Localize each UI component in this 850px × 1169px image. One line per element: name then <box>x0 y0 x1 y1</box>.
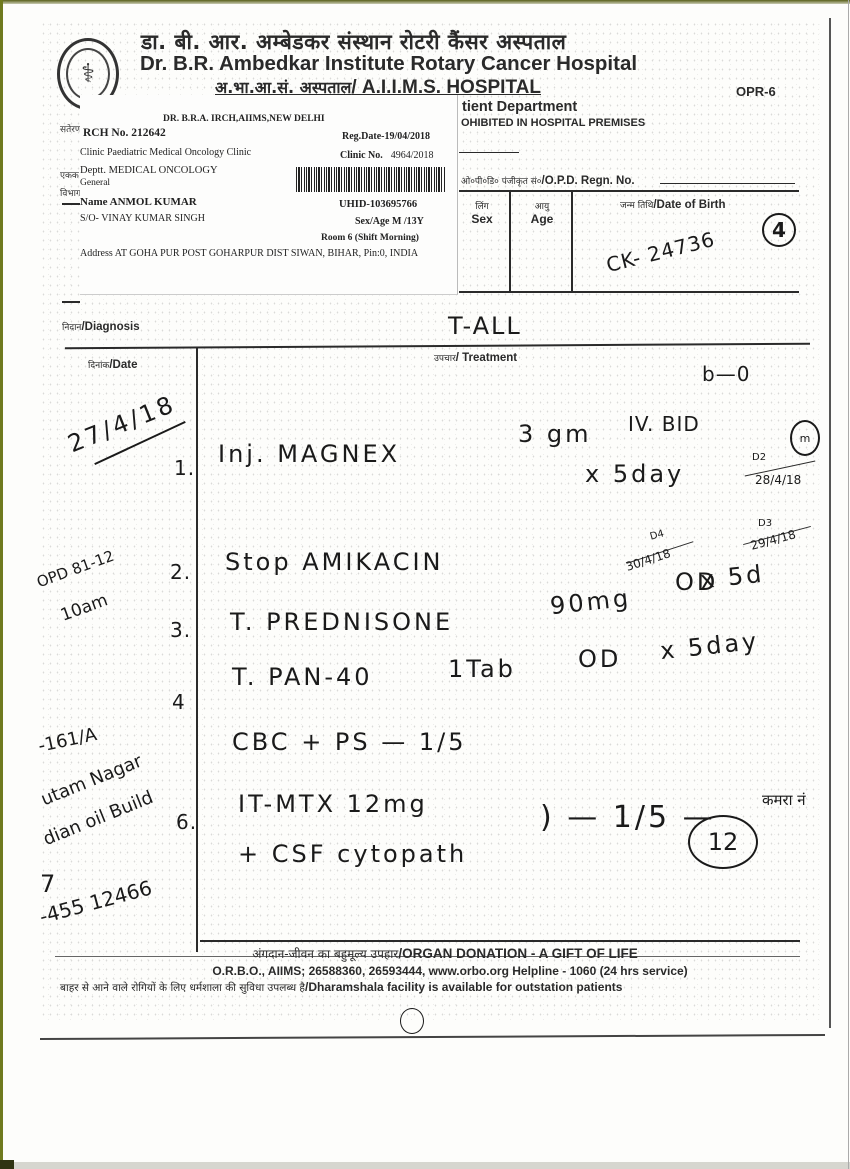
day-mark-d4-label: D4 <box>649 528 665 542</box>
handwritten-address-5: 7 <box>40 870 55 898</box>
scan-edge-corner <box>0 1160 14 1169</box>
treatment-1-duration: x 5day <box>585 460 684 488</box>
rch-number: RCH No. 212642 <box>83 127 166 139</box>
col-divider <box>509 192 511 292</box>
date-english: /Date <box>109 359 137 371</box>
diagnosis-label: निदान/Diagnosis <box>62 320 140 333</box>
footer-stamp-mark <box>400 1008 424 1034</box>
treatment-1-route: IV. BID <box>628 412 700 436</box>
dash-mark <box>62 301 80 303</box>
scan-edge-bottom <box>0 1162 850 1169</box>
handwritten-cr-number: CK- 24736 <box>604 227 718 277</box>
sex-column-label: लिंगSex <box>462 199 502 226</box>
room-shift: Room 6 (Shift Morning) <box>321 233 419 243</box>
day-mark-d3-date: 29/4/18 <box>749 527 797 552</box>
col-divider <box>571 192 573 292</box>
patient-name: Name ANMOL KUMAR <box>80 196 197 208</box>
treatment-3-dose: 90mg <box>549 584 633 620</box>
date-hindi: दिनांक <box>88 361 109 371</box>
top-right-note: b—0 <box>702 362 750 386</box>
treatment-5-test: CBC + PS — 1/5 <box>232 728 467 756</box>
diagnosis-english: /Diagnosis <box>81 321 139 333</box>
page-right-edge <box>848 0 849 1169</box>
footer-rule <box>40 1034 825 1040</box>
age-english: Age <box>531 212 554 226</box>
side-label-3: विभाग <box>60 186 81 199</box>
scan-edge-left <box>0 0 3 1169</box>
treatment-3-route: OD <box>675 568 718 596</box>
opd-regn-label: ओ०पी०डि० पंजीकृत सं०/O.P.D. Regn. No. <box>461 174 635 187</box>
patient-sticker: DR. B.R.A. IRCH,AIIMS,NEW DELHI RCH No. … <box>80 95 458 295</box>
circled-number-bottom: 12 <box>688 815 758 869</box>
hindi-room-note: कमरा नं <box>762 790 806 810</box>
day-mark-d3-label: D3 <box>758 518 772 529</box>
sex-age: Sex/Age M /13Y <box>355 216 424 227</box>
circled-initial: m <box>790 420 820 456</box>
sticker-title: DR. B.R.A. IRCH,AIIMS,NEW DELHI <box>163 114 325 124</box>
clinic-number: Clinic No.4964/2018 <box>340 150 434 161</box>
treatment-3-drug: T. PREDNISONE <box>230 608 453 636</box>
treatment-number-3: 3. <box>170 618 191 642</box>
treatment-4-duration: x 5day <box>659 627 761 665</box>
organ-donation-english: /ORGAN DONATION - A GIFT OF LIFE <box>398 946 637 961</box>
orbo-contact-line: O.R.B.O., AIIMS; 26588360, 26593444, www… <box>0 964 850 978</box>
prohibited-notice: OHIBITED IN HOSPITAL PREMISES <box>461 117 645 129</box>
day-mark-d2-label: D2 <box>752 452 766 463</box>
department: Deptt. MEDICAL ONCOLOGY <box>80 165 218 176</box>
bracket-note: ) — 1/5 — <box>540 800 716 835</box>
category: General <box>80 178 110 188</box>
handwritten-address-1: -161/A <box>36 724 98 757</box>
barcode <box>296 167 446 192</box>
opd-regn-english: /O.P.D. Regn. No. <box>542 175 635 187</box>
date-treatment-divider <box>196 347 198 952</box>
day-mark-d4-date: 30/4/18 <box>624 546 672 574</box>
treatment-column-label: उपचार/ Treatment <box>434 351 517 364</box>
registration-date: Reg.Date-19/04/2018 <box>342 131 430 142</box>
treatment-7-test: + CSF cytopath <box>238 840 467 868</box>
treatment-1-drug: Inj. MAGNEX <box>218 440 400 468</box>
diagnosis-rule <box>65 343 810 350</box>
circled-number-top: 4 <box>762 213 796 247</box>
clinic-number-label: Clinic No. <box>340 150 383 161</box>
clinic-name: Clinic Paediatric Medical Oncology Clini… <box>80 147 251 158</box>
patient-address: Address AT GOHA PUR POST GOHARPUR DIST S… <box>80 247 450 261</box>
handwritten-side-note-1: OPD 81-12 <box>34 547 116 592</box>
treatment-number-1: 1. <box>174 456 195 480</box>
treatment-2-drug: Stop AMIKACIN <box>225 548 444 576</box>
age-column-label: आयुAge <box>520 199 564 226</box>
treatment-4-route: OD <box>578 645 621 673</box>
treatment-english: / Treatment <box>456 352 517 364</box>
dharamshala-hindi: बाहर से आने वाले रोगियों के लिए धर्मशाला… <box>60 982 305 994</box>
treatment-number-2: 2. <box>170 560 191 584</box>
dob-english: /Date of Birth <box>653 199 725 211</box>
page-right-border <box>829 18 831 1028</box>
dharamshala-english: /Dharamshala facility is available for o… <box>305 980 622 994</box>
caduceus-icon: ⚕ <box>66 48 110 100</box>
handwritten-date: 27/4/18 <box>64 390 180 458</box>
scan-edge-top <box>0 0 850 4</box>
treatment-number-4: 4 <box>172 690 186 714</box>
date-column-label: दिनांक/Date <box>88 358 137 371</box>
diagnosis-hindi: निदान <box>62 323 81 333</box>
side-label-1: सतेरण <box>60 122 81 135</box>
sex-english: Sex <box>471 212 492 226</box>
department-title: tient Department <box>462 99 577 115</box>
form-rule <box>459 291 799 293</box>
organ-donation-banner: अंगदान-जीवन का बहुमूल्य उपहार/ORGAN DONA… <box>0 945 850 962</box>
form-rule <box>459 152 519 153</box>
treatment-1-dose: 3 gm <box>518 420 592 448</box>
sex-hindi: लिंग <box>462 199 502 212</box>
side-label-2: एकक <box>60 168 79 181</box>
dash-mark <box>62 203 80 205</box>
organ-donation-hindi: अंगदान-जीवन का बहुमूल्य उपहार <box>252 947 398 961</box>
day-mark-d2-date: 28/4/18 <box>755 473 801 487</box>
guardian-name: S/O- VINAY KUMAR SINGH <box>80 213 205 224</box>
dharamshala-notice: बाहर से आने वाले रोगियों के लिए धर्मशाला… <box>60 980 622 995</box>
treatment-6-drug: IT-MTX 12mg <box>238 790 428 818</box>
dob-hindi: जन्म तिथि <box>620 201 653 211</box>
uhid: UHID-103695766 <box>339 199 417 210</box>
treatment-4-drug: T. PAN-40 <box>232 663 373 691</box>
dob-label: जन्म तिथि/Date of Birth <box>620 198 726 211</box>
hospital-name-english: Dr. B.R. Ambedkar Institute Rotary Cance… <box>140 52 637 76</box>
opd-regn-field-line <box>660 183 795 184</box>
treatment-4-dose: 1Tab <box>448 655 516 683</box>
treatment-hindi: उपचार <box>434 354 456 364</box>
table-bottom-rule <box>200 940 800 942</box>
age-hindi: आयु <box>520 199 564 212</box>
clinic-number-value: 4964/2018 <box>391 150 434 161</box>
treatment-number-6: 6. <box>176 810 197 834</box>
opd-regn-hindi: ओ०पी०डि० पंजीकृत सं० <box>461 177 542 187</box>
handwritten-diagnosis: T-ALL <box>448 312 522 340</box>
form-code: OPR-6 <box>736 84 776 99</box>
handwritten-side-note-2: 10am <box>58 590 111 625</box>
